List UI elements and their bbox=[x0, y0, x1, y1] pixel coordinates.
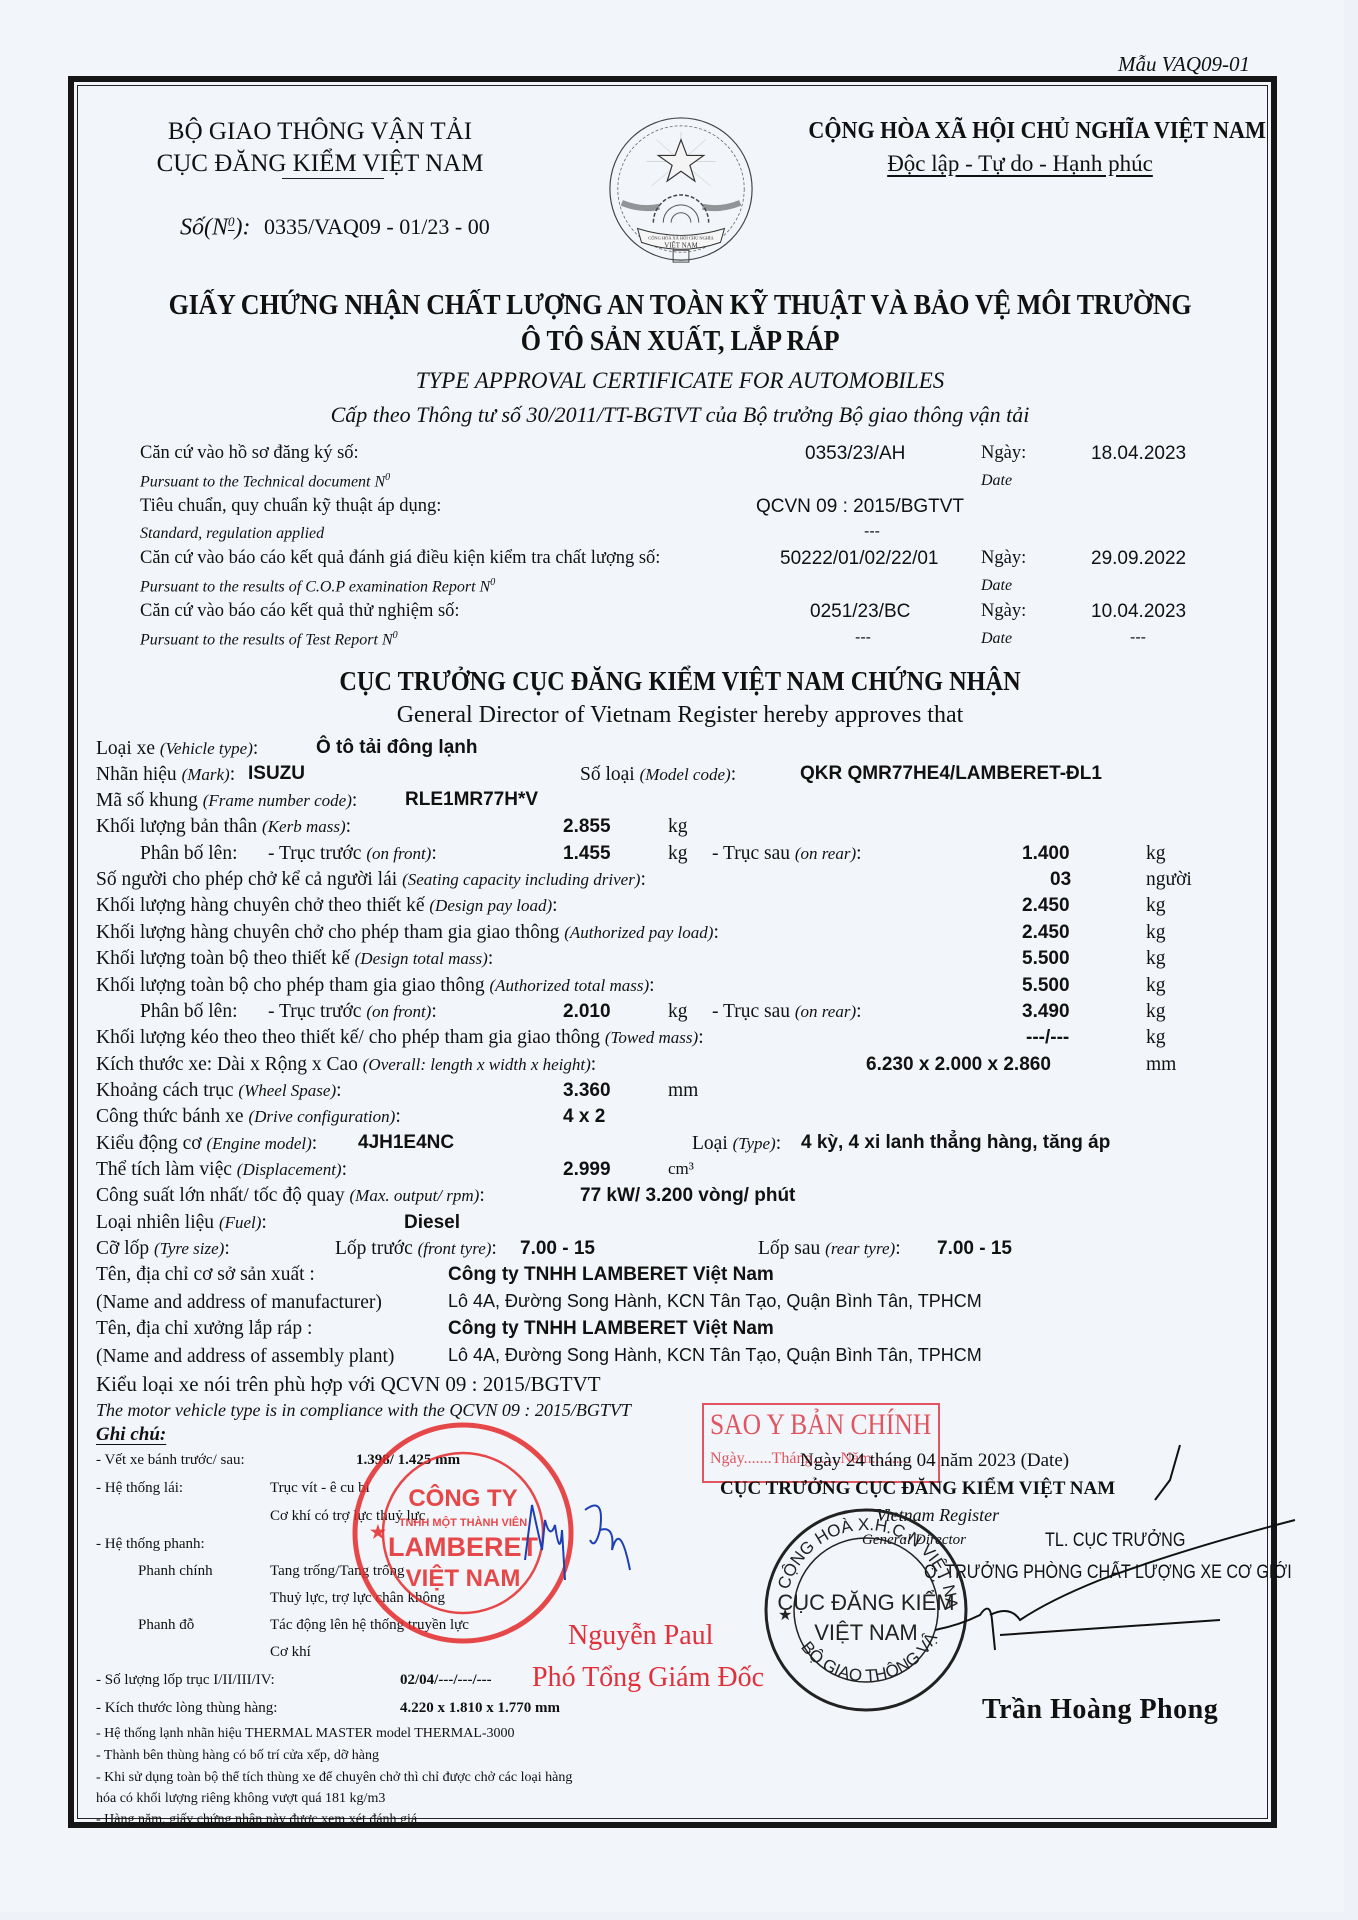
number-suffix: ): bbox=[235, 214, 251, 240]
vehicle-type-value: Ô tô tải đông lạnh bbox=[316, 737, 477, 759]
motto-text: Độc lập - Tự do - Hạnh phúc bbox=[887, 151, 1153, 176]
wheelbase-unit: mm bbox=[668, 1080, 698, 1102]
ref-technical-doc-label: Căn cứ vào hồ sơ đăng ký số: bbox=[140, 443, 359, 464]
note-tyres-label: - Số lượng lốp trục I/II/III/IV: bbox=[96, 1672, 275, 1689]
ref-cop-report-label-en: Pursuant to the results of C.O.P examina… bbox=[140, 577, 495, 596]
note-brake-label: - Hệ thống phanh: bbox=[96, 1536, 205, 1553]
assembly-plant-label-en: (Name and address of assembly plant) bbox=[96, 1346, 394, 1368]
signatory-name: Trần Hoàng Phong bbox=[982, 1694, 1218, 1726]
note-main-brake-label: Phanh chính bbox=[138, 1563, 213, 1580]
ref-technical-doc-date-label-en: Date bbox=[981, 472, 1012, 490]
model-code-value: QKR QMR77HE4/LAMBERET-ĐL1 bbox=[800, 763, 1102, 785]
seating-label: Số người cho phép chở kể cả người lái (S… bbox=[96, 869, 646, 891]
design-payload-value: 2.450 bbox=[1022, 895, 1070, 917]
agency-name: CỤC ĐĂNG KIỂM VIỆT NAM bbox=[120, 150, 520, 178]
design-total-mass-label: Khối lượng toàn bộ theo thiết kế (Design… bbox=[96, 948, 493, 970]
total-dist-label: Phân bố lên: bbox=[140, 1001, 238, 1023]
svg-text:★: ★ bbox=[370, 1522, 387, 1542]
note-cargo-value: 4.220 x 1.810 x 1.770 mm bbox=[400, 1700, 560, 1717]
model-code-label: Số loại (Model code): bbox=[580, 764, 736, 786]
svg-text:VIỆT NAM: VIỆT NAM bbox=[814, 1620, 918, 1645]
authorized-payload-value: 2.450 bbox=[1022, 922, 1070, 944]
ref-technical-doc-label-en: Pursuant to the Technical document N0 bbox=[140, 472, 390, 491]
ministry-name: BỘ GIAO THÔNG VẬN TẢI bbox=[120, 118, 520, 146]
authorized-total-mass-value: 5.500 bbox=[1022, 975, 1070, 997]
engine-model-value: 4JH1E4NC bbox=[358, 1132, 454, 1154]
national-emblem-icon: CỘNG HÒA XÃ HỘI CHỦ NGHĨA VIỆT NAM bbox=[602, 112, 760, 270]
assembly-plant-label: Tên, địa chỉ xưởng lắp ráp : bbox=[96, 1318, 312, 1340]
total-rear-value: 3.490 bbox=[1022, 1001, 1070, 1023]
total-rear-unit: kg bbox=[1146, 1001, 1166, 1023]
svg-text:★: ★ bbox=[778, 1607, 792, 1624]
frame-number-value: RLE1MR77H*V bbox=[405, 789, 538, 811]
approval-heading-english: General Director of Vietnam Register her… bbox=[90, 702, 1270, 729]
number-label: Số(N bbox=[180, 214, 228, 240]
ref-cop-report-date-label: Ngày: bbox=[981, 548, 1026, 569]
max-power-label: Công suất lớn nhất/ tốc độ quay (Max. ou… bbox=[96, 1185, 485, 1207]
note-park-brake-label: Phanh đỗ bbox=[138, 1617, 194, 1634]
svg-text:CỘNG HÒA XÃ HỘI CHỦ NGHĨA: CỘNG HÒA XÃ HỘI CHỦ NGHĨA bbox=[648, 235, 714, 240]
wheelbase-value: 3.360 bbox=[563, 1080, 611, 1102]
national-motto: Độc lập - Tự do - Hạnh phúc bbox=[790, 151, 1250, 177]
drive-config-label: Công thức bánh xe (Drive configuration): bbox=[96, 1106, 401, 1128]
note-density-limit-cont: hóa có khối lượng riêng không vượt quá 1… bbox=[96, 1791, 385, 1807]
displacement-label: Thể tích làm việc (Displacement): bbox=[96, 1159, 347, 1181]
kerb-front-label: - Trục trước (on front): bbox=[268, 843, 437, 865]
note-refrigeration: - Hệ thống lạnh nhãn hiệu THERMAL MASTER… bbox=[96, 1726, 515, 1742]
kerb-mass-value: 2.855 bbox=[563, 816, 611, 838]
engine-type-value: 4 kỳ, 4 xi lanh thẳng hàng, tăng áp bbox=[801, 1132, 1110, 1154]
rear-tyre-label: Lốp sau (rear tyre): bbox=[758, 1238, 901, 1260]
note-steering-label: - Hệ thống lái: bbox=[96, 1480, 183, 1497]
seating-value: 03 bbox=[1050, 869, 1071, 891]
front-tyre-label: Lốp trước (front tyre): bbox=[335, 1238, 497, 1260]
design-total-mass-value: 5.500 bbox=[1022, 948, 1070, 970]
kerb-rear-unit: kg bbox=[1146, 843, 1166, 865]
engine-model-label: Kiểu động cơ (Engine model): bbox=[96, 1133, 317, 1155]
manufacturer-name: Công ty TNHH LAMBERET Việt Nam bbox=[448, 1264, 774, 1286]
seating-unit: người bbox=[1146, 869, 1192, 891]
country-name: CỘNG HÒA XÃ HỘI CHỦ NGHĨA VIỆT NAM bbox=[808, 118, 1231, 145]
ref-test-report-label: Căn cứ vào báo cáo kết quả thử nghiệm số… bbox=[140, 601, 460, 622]
ref-test-report-value-en: --- bbox=[855, 629, 871, 647]
ref-standard-label: Tiêu chuẩn, quy chuẩn kỹ thuật áp dụng: bbox=[140, 496, 441, 517]
ref-standard-value: QCVN 09 : 2015/BGTVT bbox=[756, 496, 964, 518]
total-rear-label: - Trục sau (on rear): bbox=[712, 1001, 862, 1023]
number-value: 0335/VAQ09 - 01/23 - 00 bbox=[264, 214, 490, 239]
kerb-mass-unit: kg bbox=[668, 816, 688, 838]
displacement-unit: cm³ bbox=[668, 1159, 694, 1179]
svg-text:CÔNG TY: CÔNG TY bbox=[408, 1484, 517, 1512]
note-annual-review: - Hàng năm, giấy chứng nhận này được xem… bbox=[96, 1812, 417, 1828]
towed-mass-label: Khối lượng kéo theo theo thiết kế/ cho p… bbox=[96, 1027, 704, 1049]
engine-type-label: Loại (Type): bbox=[692, 1133, 781, 1155]
certificate-title-line1: GIẤY CHỨNG NHẬN CHẤT LƯỢNG AN TOÀN KỸ TH… bbox=[131, 290, 1228, 322]
certificate-title-english: TYPE APPROVAL CERTIFICATE FOR AUTOMOBILE… bbox=[90, 368, 1270, 394]
max-power-value: 77 kW/ 3.200 vòng/ phút bbox=[580, 1185, 795, 1207]
ref-technical-doc-date: 18.04.2023 bbox=[1091, 443, 1186, 465]
kerb-rear-value: 1.400 bbox=[1022, 843, 1070, 865]
note-track-label: - Vết xe bánh trước/ sau: bbox=[96, 1452, 245, 1469]
assembly-plant-address: Lô 4A, Đường Song Hành, KCN Tân Tạo, Quậ… bbox=[448, 1345, 982, 1366]
certificate-number: Số(N0): 0335/VAQ09 - 01/23 - 00 bbox=[180, 214, 490, 241]
svg-text:VIỆT NAM: VIỆT NAM bbox=[664, 241, 697, 249]
company-signer-name: Nguyễn Paul bbox=[568, 1620, 713, 1652]
authorized-total-mass-label: Khối lượng toàn bộ cho phép tham gia gia… bbox=[96, 975, 655, 997]
mark-value: ISUZU bbox=[248, 763, 305, 785]
compliance-statement: Kiểu loại xe nói trên phù hợp với QCVN 0… bbox=[96, 1372, 601, 1397]
towed-mass-unit: kg bbox=[1146, 1027, 1166, 1049]
design-payload-unit: kg bbox=[1146, 895, 1166, 917]
note-density-limit: - Khi sử dụng toàn bộ thể tích thùng xe … bbox=[96, 1770, 572, 1786]
ref-test-report-label-en: Pursuant to the results of Test Report N… bbox=[140, 630, 398, 649]
ref-test-report-value: 0251/23/BC bbox=[810, 601, 910, 623]
form-code: Mẫu VAQ09-01 bbox=[1118, 52, 1250, 77]
dimensions-value: 6.230 x 2.000 x 2.860 bbox=[866, 1054, 1051, 1076]
vehicle-type-label: Loại xe (Vehicle type): bbox=[96, 738, 258, 760]
drive-config-value: 4 x 2 bbox=[563, 1106, 605, 1128]
official-signature-icon bbox=[920, 1440, 1300, 1660]
authorized-total-mass-unit: kg bbox=[1146, 975, 1166, 997]
kerb-mass-label: Khối lượng bản thân (Kerb mass): bbox=[96, 816, 351, 838]
note-tyres-value: 02/04/---/---/--- bbox=[400, 1672, 492, 1689]
ref-test-report-date-label-en: Date bbox=[981, 630, 1012, 648]
wheelbase-label: Khoảng cách trục (Wheel Spase): bbox=[96, 1080, 342, 1102]
displacement-value: 2.999 bbox=[563, 1159, 611, 1181]
authorized-payload-unit: kg bbox=[1146, 922, 1166, 944]
agency-underline bbox=[282, 178, 384, 179]
front-tyre-value: 7.00 - 15 bbox=[520, 1238, 595, 1260]
ref-technical-doc-value: 0353/23/AH bbox=[805, 443, 905, 465]
certificate-title-line2: Ô TÔ SẢN XUẤT, LẮP RÁP bbox=[131, 326, 1228, 358]
kerb-front-value: 1.455 bbox=[563, 843, 611, 865]
agency-name-text: CỤC ĐĂNG KIỂM VIỆT NAM bbox=[157, 150, 484, 177]
frame-number-label: Mã số khung (Frame number code): bbox=[96, 790, 357, 812]
kerb-rear-label: - Trục sau (on rear): bbox=[712, 843, 862, 865]
ref-test-report-date-label: Ngày: bbox=[981, 601, 1026, 622]
ref-test-report-date-en: --- bbox=[1130, 629, 1146, 647]
note-cargo-label: - Kích thước lòng thùng hàng: bbox=[96, 1700, 277, 1717]
tyre-size-label: Cỡ lốp (Tyre size): bbox=[96, 1238, 230, 1260]
ref-technical-doc-date-label: Ngày: bbox=[981, 443, 1026, 464]
kerb-dist-label: Phân bố lên: bbox=[140, 843, 238, 865]
svg-text:VIỆT NAM: VIỆT NAM bbox=[406, 1564, 521, 1592]
total-front-label: - Trục trước (on front): bbox=[268, 1001, 437, 1023]
total-front-unit: kg bbox=[668, 1001, 688, 1023]
rear-tyre-value: 7.00 - 15 bbox=[937, 1238, 1012, 1260]
ref-cop-report-label: Căn cứ vào báo cáo kết quả đánh giá điều… bbox=[140, 548, 660, 569]
note-park-brake-2: Cơ khí bbox=[270, 1644, 311, 1661]
company-signer-position: Phó Tổng Giám Đốc bbox=[532, 1662, 764, 1694]
kerb-front-unit: kg bbox=[668, 843, 688, 865]
ref-cop-report-date-label-en: Date bbox=[981, 577, 1012, 595]
manufacturer-address: Lô 4A, Đường Song Hành, KCN Tân Tạo, Quậ… bbox=[448, 1291, 982, 1312]
dimensions-label: Kích thước xe: Dài x Rộng x Cao (Overall… bbox=[96, 1054, 596, 1076]
dimensions-unit: mm bbox=[1146, 1054, 1176, 1076]
ref-standard-value-en: --- bbox=[864, 523, 880, 541]
manufacturer-label: Tên, địa chỉ cơ sở sản xuất : bbox=[96, 1264, 315, 1286]
note-side-doors: - Thành bên thùng hàng có bố trí cửa xếp… bbox=[96, 1748, 379, 1764]
ref-test-report-date: 10.04.2023 bbox=[1091, 601, 1186, 623]
assembly-plant-name: Công ty TNHH LAMBERET Việt Nam bbox=[448, 1318, 774, 1340]
ref-standard-label-en: Standard, regulation applied bbox=[140, 525, 324, 543]
fuel-label: Loại nhiên liệu (Fuel): bbox=[96, 1212, 267, 1234]
ref-cop-report-value: 50222/01/02/22/01 bbox=[780, 548, 939, 570]
manufacturer-label-en: (Name and address of manufacturer) bbox=[96, 1292, 382, 1314]
svg-text:TNHH MỘT THÀNH VIÊN: TNHH MỘT THÀNH VIÊN bbox=[399, 1516, 527, 1529]
notes-heading: Ghi chú: bbox=[96, 1424, 166, 1446]
ref-cop-report-date: 29.09.2022 bbox=[1091, 548, 1186, 570]
certificate-legal-basis: Cấp theo Thông tư số 30/2011/TT-BGTVT củ… bbox=[90, 402, 1270, 428]
approval-heading: CỤC TRƯỞNG CỤC ĐĂNG KIỂM VIỆT NAM CHỨNG … bbox=[149, 666, 1211, 697]
towed-mass-value: ---/--- bbox=[1026, 1027, 1069, 1049]
authorized-payload-label: Khối lượng hàng chuyên chở cho phép tham… bbox=[96, 922, 719, 944]
copy-stamp-title: SAO Y BẢN CHÍNH bbox=[710, 1408, 931, 1442]
design-payload-label: Khối lượng hàng chuyên chở theo thiết kế… bbox=[96, 895, 558, 917]
fuel-value: Diesel bbox=[404, 1212, 460, 1234]
svg-text:LAMBERET: LAMBERET bbox=[388, 1532, 538, 1562]
mark-label: Nhãn hiệu (Mark): bbox=[96, 764, 235, 786]
design-total-mass-unit: kg bbox=[1146, 948, 1166, 970]
total-front-value: 2.010 bbox=[563, 1001, 611, 1023]
company-signature-icon bbox=[520, 1490, 650, 1610]
